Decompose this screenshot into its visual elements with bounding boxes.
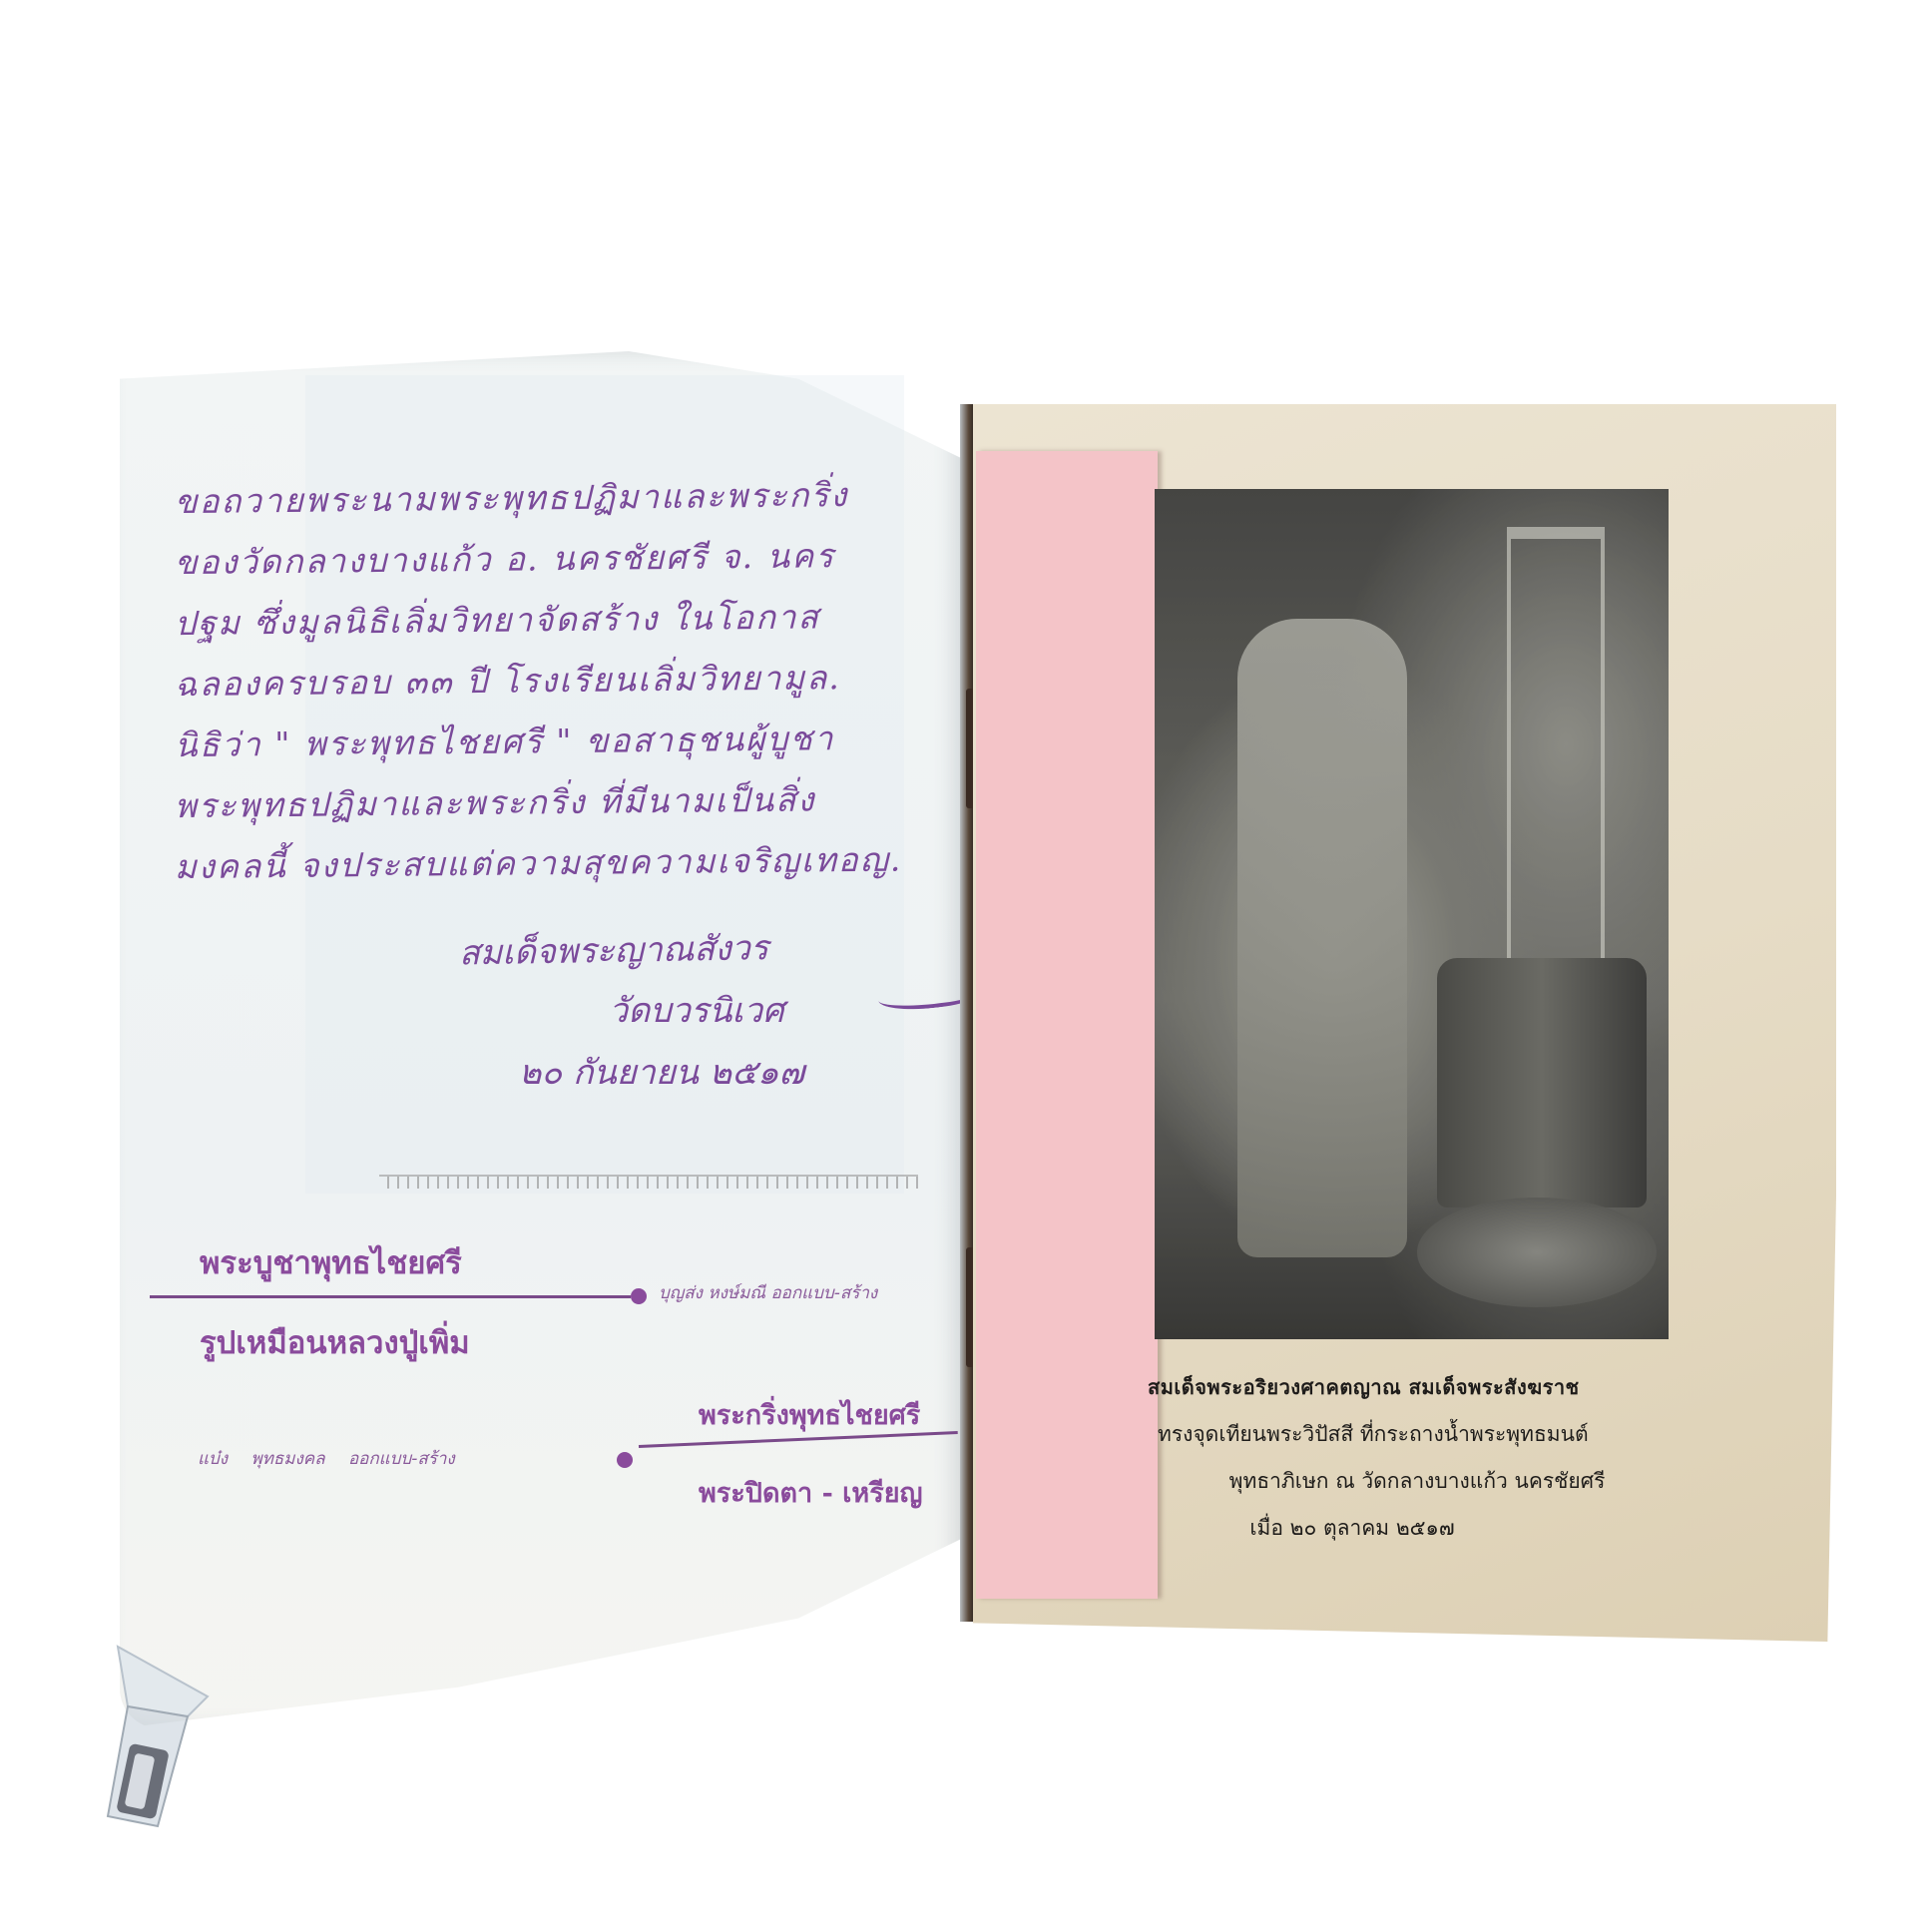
handwritten-line: ขอถวายพระนามพระพุทธปฏิมาและพระกริ่ง [175, 463, 964, 532]
photo-basin [1417, 1198, 1657, 1307]
signature-date: ๒๐ กันยายน ๒๕๑๗ [459, 1042, 978, 1104]
photo-water-vessel [1437, 958, 1647, 1207]
handwritten-line: ปฐม ซึ่งมูลนิธิเลิ่มวิทยาจัดสร้าง ในโอกา… [175, 585, 964, 654]
pink-paper-slip [976, 451, 1158, 1599]
bullet-dot [631, 1288, 647, 1304]
book-spine [960, 404, 974, 1622]
caption-line: เมื่อ ๒๐ ตุลาคม ๒๕๑๗ [1028, 1505, 1677, 1552]
handwritten-line: ของวัดกลางบางแก้ว อ. นครชัยศรี จ. นคร [175, 524, 964, 593]
amulet-title-kring: พระกริ่งพุทธไชยศรี [699, 1393, 920, 1436]
handwritten-line: ฉลองครบรอบ ๓๓ ปี โรงเรียนเลิ่มวิทยามูล. [175, 646, 964, 715]
amulet-title-statue: รูปเหมือนหลวงปู่เพิ่ม [200, 1317, 470, 1367]
designer-credit: บุญส่ง หงษ์มณี ออกแบบ-สร้าง [659, 1279, 877, 1306]
photo-candle-stand [1507, 527, 1605, 982]
photo-monk-figure [1237, 619, 1407, 1257]
designer-credit: แบ๋ง พุทธมงคล ออกแบบ-สร้าง [198, 1445, 455, 1472]
caption-line: พุทธาภิเษก ณ วัดกลางบางแก้ว นครชัยศรี [1158, 1458, 1677, 1505]
caption-line: สมเด็จพระอริยวงศาคตญาณ สมเด็จพระสังฆราช [1148, 1364, 1677, 1411]
photo-caption: สมเด็จพระอริยวงศาคตญาณ สมเด็จพระสังฆราช … [1158, 1364, 1677, 1552]
signature-name: สมเด็จพระญาณสังวร [458, 913, 978, 984]
amulet-title-buddha-image: พระบูชาพุทธไชยศรี [200, 1237, 462, 1287]
amulet-title-coin: พระปิดตา - เหรียญ [699, 1471, 923, 1514]
handwritten-line: นิธิว่า " พระพุทธไชยศรี " ขอสาธุชนผู้บูช… [175, 707, 964, 775]
handwritten-dedication: ขอถวายพระนามพระพุทธปฏิมาและพระกริ่ง ของว… [175, 467, 963, 893]
handwritten-line: มงคลนี้ จงประสบแต่ความสุขความเจริญเทอญ. [175, 828, 964, 897]
decorative-border [379, 1175, 918, 1189]
binder-clip-icon [88, 1637, 228, 1836]
caption-line: ทรงจุดเทียนพระวิปัสสี ที่กระถางน้ำพระพุท… [1158, 1411, 1677, 1458]
handwritten-line: พระพุทธปฏิมาและพระกริ่ง ที่มีนามเป็นสิ่ง [175, 767, 964, 836]
bullet-dot [617, 1452, 633, 1468]
signature-block: สมเด็จพระญาณสังวร วัดบวรนิเวศ ๒๐ กันยายน… [459, 918, 978, 1104]
divider-line [150, 1295, 631, 1298]
